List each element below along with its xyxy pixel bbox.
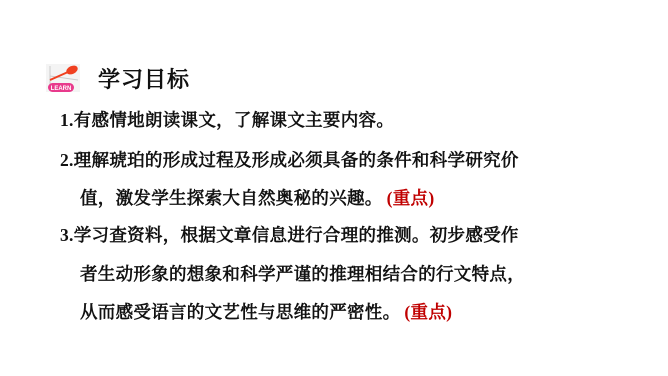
objective-3-line-1: 3.学习查资料，根据文章信息进行合理的推测。初步感受作 — [60, 222, 519, 247]
page-title: 学习目标 — [98, 63, 190, 94]
objective-text: 者生动形象的想象和科学严谨的推理相结合的行文特点， — [80, 265, 525, 285]
section-header: LEARN 学习目标 — [44, 60, 190, 96]
objective-text: 从而感受语言的文艺性与思维的严密性。 — [80, 303, 400, 323]
objective-2-line-2: 值，激发学生探索大自然奥秘的兴趣。(重点) — [80, 185, 434, 210]
key-point-tag: (重点) — [387, 188, 435, 208]
objective-3-line-3: 从而感受语言的文艺性与思维的严密性。(重点) — [80, 299, 452, 324]
objective-text: 值，激发学生探索大自然奥秘的兴趣。 — [80, 189, 383, 209]
objective-number: 1. — [60, 110, 74, 130]
objective-number: 3. — [60, 225, 74, 245]
objective-2-line-1: 2.理解琥珀的形成过程及形成必须具备的条件和科学研究价 — [60, 147, 519, 172]
objective-1-line-1: 1.有感情地朗读课文，了解课文主要内容。 — [60, 107, 394, 132]
objective-text: 理解琥珀的形成过程及形成必须具备的条件和科学研究价 — [74, 151, 519, 171]
objective-3-line-2: 者生动形象的想象和科学严谨的推理相结合的行文特点， — [80, 261, 525, 286]
objective-text: 有感情地朗读课文，了解课文主要内容。 — [74, 111, 394, 131]
learn-dart-icon: LEARN — [44, 62, 82, 94]
svg-text:LEARN: LEARN — [51, 86, 72, 92]
key-point-tag: (重点) — [404, 302, 452, 322]
objective-number: 2. — [60, 150, 74, 170]
objective-text: 学习查资料，根据文章信息进行合理的推测。初步感受作 — [74, 226, 519, 246]
